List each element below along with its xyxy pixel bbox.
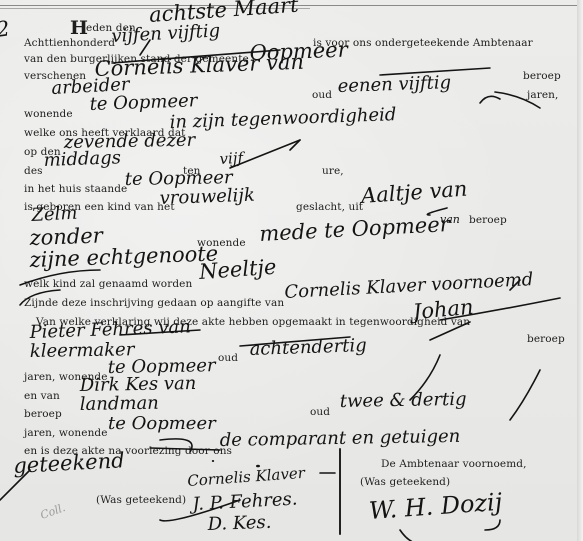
label-en-van: en van bbox=[24, 390, 60, 402]
label-oud-1: oud bbox=[312, 89, 332, 101]
hw-relation: zijne echtgenoote bbox=[29, 241, 218, 272]
hw-declarant-age: eenen vijftig bbox=[337, 72, 451, 97]
label-geslacht-uit: geslacht, uit bbox=[296, 201, 363, 213]
signature-kes: D. Kes. bbox=[207, 512, 272, 535]
label-wonende-1: wonende bbox=[24, 108, 73, 120]
page-edge bbox=[577, 0, 583, 541]
label-welk-kind: welk kind zal genaamd worden bbox=[24, 278, 192, 290]
label-oud-3: oud bbox=[310, 406, 330, 418]
pencil-note: Coll. bbox=[39, 501, 67, 522]
hw-hour: vijf bbox=[219, 149, 243, 168]
hw-mother-name-1: Aaltje van bbox=[360, 177, 468, 208]
hw-child-name: Neeltje bbox=[198, 255, 277, 284]
label-achttienhonderd: Achttienhonderd bbox=[24, 37, 115, 49]
margin-number: 2 bbox=[0, 16, 11, 42]
label-beroep-3: beroep bbox=[527, 333, 565, 345]
birth-certificate-page: 2 H eden den achtste Maart Achttienhonde… bbox=[0, 0, 583, 541]
hw-informant: Cornelis Klaver voornoemd bbox=[284, 269, 534, 303]
hw-time-of-day: middags bbox=[43, 147, 121, 171]
hw-witness2-residence: te Oopmeer bbox=[108, 413, 216, 434]
label-in-het-huis: in het huis staande bbox=[24, 183, 127, 195]
signature-official: W. H. Dozij bbox=[368, 488, 503, 525]
label-beroep-2: beroep bbox=[469, 214, 507, 226]
label-jaren-1: jaren, bbox=[527, 89, 558, 101]
hw-year: vijfen vijftig bbox=[111, 20, 221, 47]
hw-witness2-occupation: landman bbox=[80, 393, 159, 415]
label-des: des bbox=[24, 165, 43, 177]
signature-divider bbox=[339, 448, 341, 535]
label-ambtenaar-voornoemd: De Ambtenaar voornoemd, bbox=[381, 458, 527, 470]
hw-declaration: in zijn tegenwoordigheid bbox=[169, 104, 396, 133]
signature-cornelis-klaver: Cornelis Klaver bbox=[187, 464, 306, 490]
label-ure: ure, bbox=[322, 165, 344, 177]
label-zijnde-aangifte: Zijnde deze inschrijving gedaan op aangi… bbox=[24, 297, 284, 309]
hw-geteekend: geteekend bbox=[13, 448, 125, 478]
label-was-geteekend-left: (Was geteekend) bbox=[96, 494, 186, 506]
label-was-geteekend-right: (Was geteekend) bbox=[360, 476, 450, 488]
label-jaren-wonende-2: jaren, wonende bbox=[24, 427, 108, 439]
hw-mother-residence: mede te Oopmeer bbox=[259, 212, 451, 246]
signature-fehres: J. P. Fehres. bbox=[192, 489, 298, 515]
hw-mother-name-2: Zelm bbox=[31, 203, 78, 226]
label-oud-2: oud bbox=[218, 352, 238, 364]
hw-witness1-age: achtendertig bbox=[249, 335, 367, 360]
hw-child-sex: vrouwelijk bbox=[159, 185, 255, 209]
label-beroep-1: beroep bbox=[523, 70, 561, 82]
hw-witness2-age: twee & dertig bbox=[340, 389, 467, 412]
label-beroep-4: beroep bbox=[24, 408, 62, 420]
